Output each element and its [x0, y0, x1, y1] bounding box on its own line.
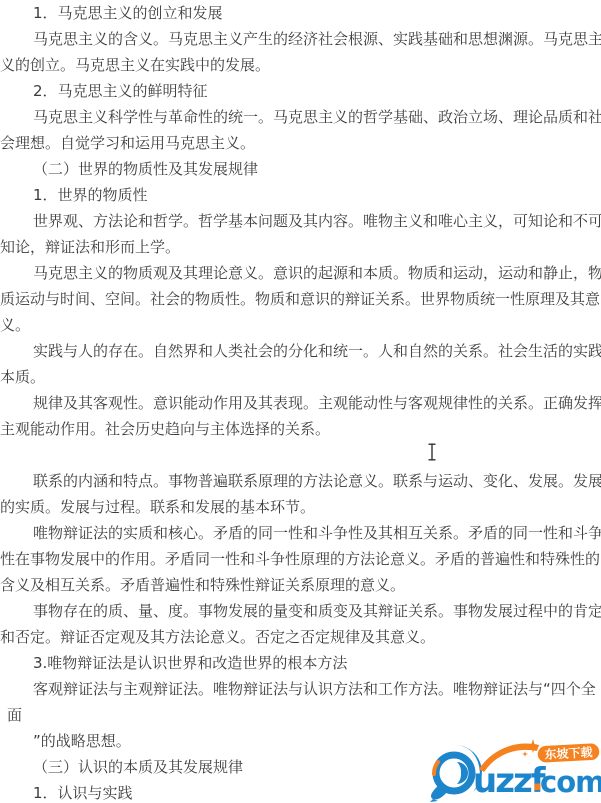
text-line[interactable]: 面 — [0, 702, 601, 728]
text-line[interactable]: 含义及相互关系。矛盾普遍性和特殊性辩证关系原理的意义。 — [0, 572, 601, 598]
text-line[interactable]: 3.唯物辩证法是认识世界和改造世界的根本方法 — [0, 650, 601, 676]
text-line[interactable]: 义。 — [0, 312, 601, 338]
text-line[interactable]: 马克思主义科学性与革命性的统一。马克思主义的哲学基础、政治立场、理论品质和社 — [0, 104, 601, 130]
text-line[interactable]: （二）世界的物质性及其发展规律 — [0, 156, 601, 182]
download-badge: 东坡下载 — [537, 742, 601, 763]
badge-label: 东坡下载 — [544, 744, 593, 761]
logo-tld-text: com — [540, 765, 601, 799]
text-line[interactable]: 规律及其客观性。意识能动作用及其表现。主观能动性与客观规律性的关系。正确发挥 — [0, 390, 601, 416]
text-line[interactable]: 联系的内涵和特点。事物普遍联系原理的方法论意义。联系与运动、变化、发展。发展 — [0, 468, 601, 494]
text-line[interactable]: 世界观、方法论和哲学。哲学基本问题及其内容。唯物主义和唯心主义，可知论和不可 — [0, 208, 601, 234]
text-line[interactable]: 实践与人的存在。自然界和人类社会的分化和统一。人和自然的关系。社会生活的实践 — [0, 338, 601, 364]
text-line[interactable]: 客观辩证法与主观辩证法。唯物辩证法与认识方法和工作方法。唯物辩证法与“四个全 — [0, 676, 601, 702]
text-line[interactable]: 的实质。发展与过程。联系和发展的基本环节。 — [0, 494, 601, 520]
text-line[interactable]: 马克思主义的物质观及其理论意义。意识的起源和本质。物质和运动，运动和静止，物 — [0, 260, 601, 286]
text-line[interactable]: 2．事物的普遍联系与发展 — [0, 442, 601, 468]
text-line[interactable]: 1．马克思主义的创立和发展 — [0, 0, 601, 26]
text-line[interactable]: 本质。 — [0, 364, 601, 390]
text-line[interactable]: 马克思主义的含义。马克思主义产生的经济社会根源、实践基础和思想渊源。马克思主 — [0, 26, 601, 52]
text-line[interactable]: 会理想。自觉学习和运用马克思主义。 — [0, 130, 601, 156]
text-line[interactable]: 质运动与时间、空间。社会的物质性。物质和意识的辩证关系。世界物质统一性原理及其意 — [0, 286, 601, 312]
text-line[interactable]: 2．马克思主义的鲜明特征 — [0, 78, 601, 104]
text-line[interactable]: 义的创立。马克思主义在实践中的发展。 — [0, 52, 601, 78]
text-line[interactable]: 事物存在的质、量、度。事物发展的量变和质变及其辩证关系。事物发展过程中的肯定 — [0, 598, 601, 624]
document-page[interactable]: 1．马克思主义的创立和发展 马克思主义的含义。马克思主义产生的经济社会根源、实践… — [0, 0, 601, 803]
text-line[interactable]: 性在事物发展中的作用。矛盾同一性和斗争性原理的方法论意义。矛盾的普遍性和特殊性的 — [0, 546, 601, 572]
text-line[interactable]: 主观能动作用。社会历史趋向与主体选择的关系。 — [0, 416, 601, 442]
text-line[interactable]: 唯物辩证法的实质和核心。矛盾的同一性和斗争性及其相互关系。矛盾的同一性和斗争 — [0, 520, 601, 546]
watermark-logo: 东坡下载 uzzf . com — [421, 736, 601, 803]
text-line[interactable]: 和否定。辩证否定观及其方法论意义。否定之否定规律及其意义。 — [0, 624, 601, 650]
text-line[interactable]: 知论，辩证法和形而上学。 — [0, 234, 601, 260]
text-line[interactable]: 1．世界的物质性 — [0, 182, 601, 208]
